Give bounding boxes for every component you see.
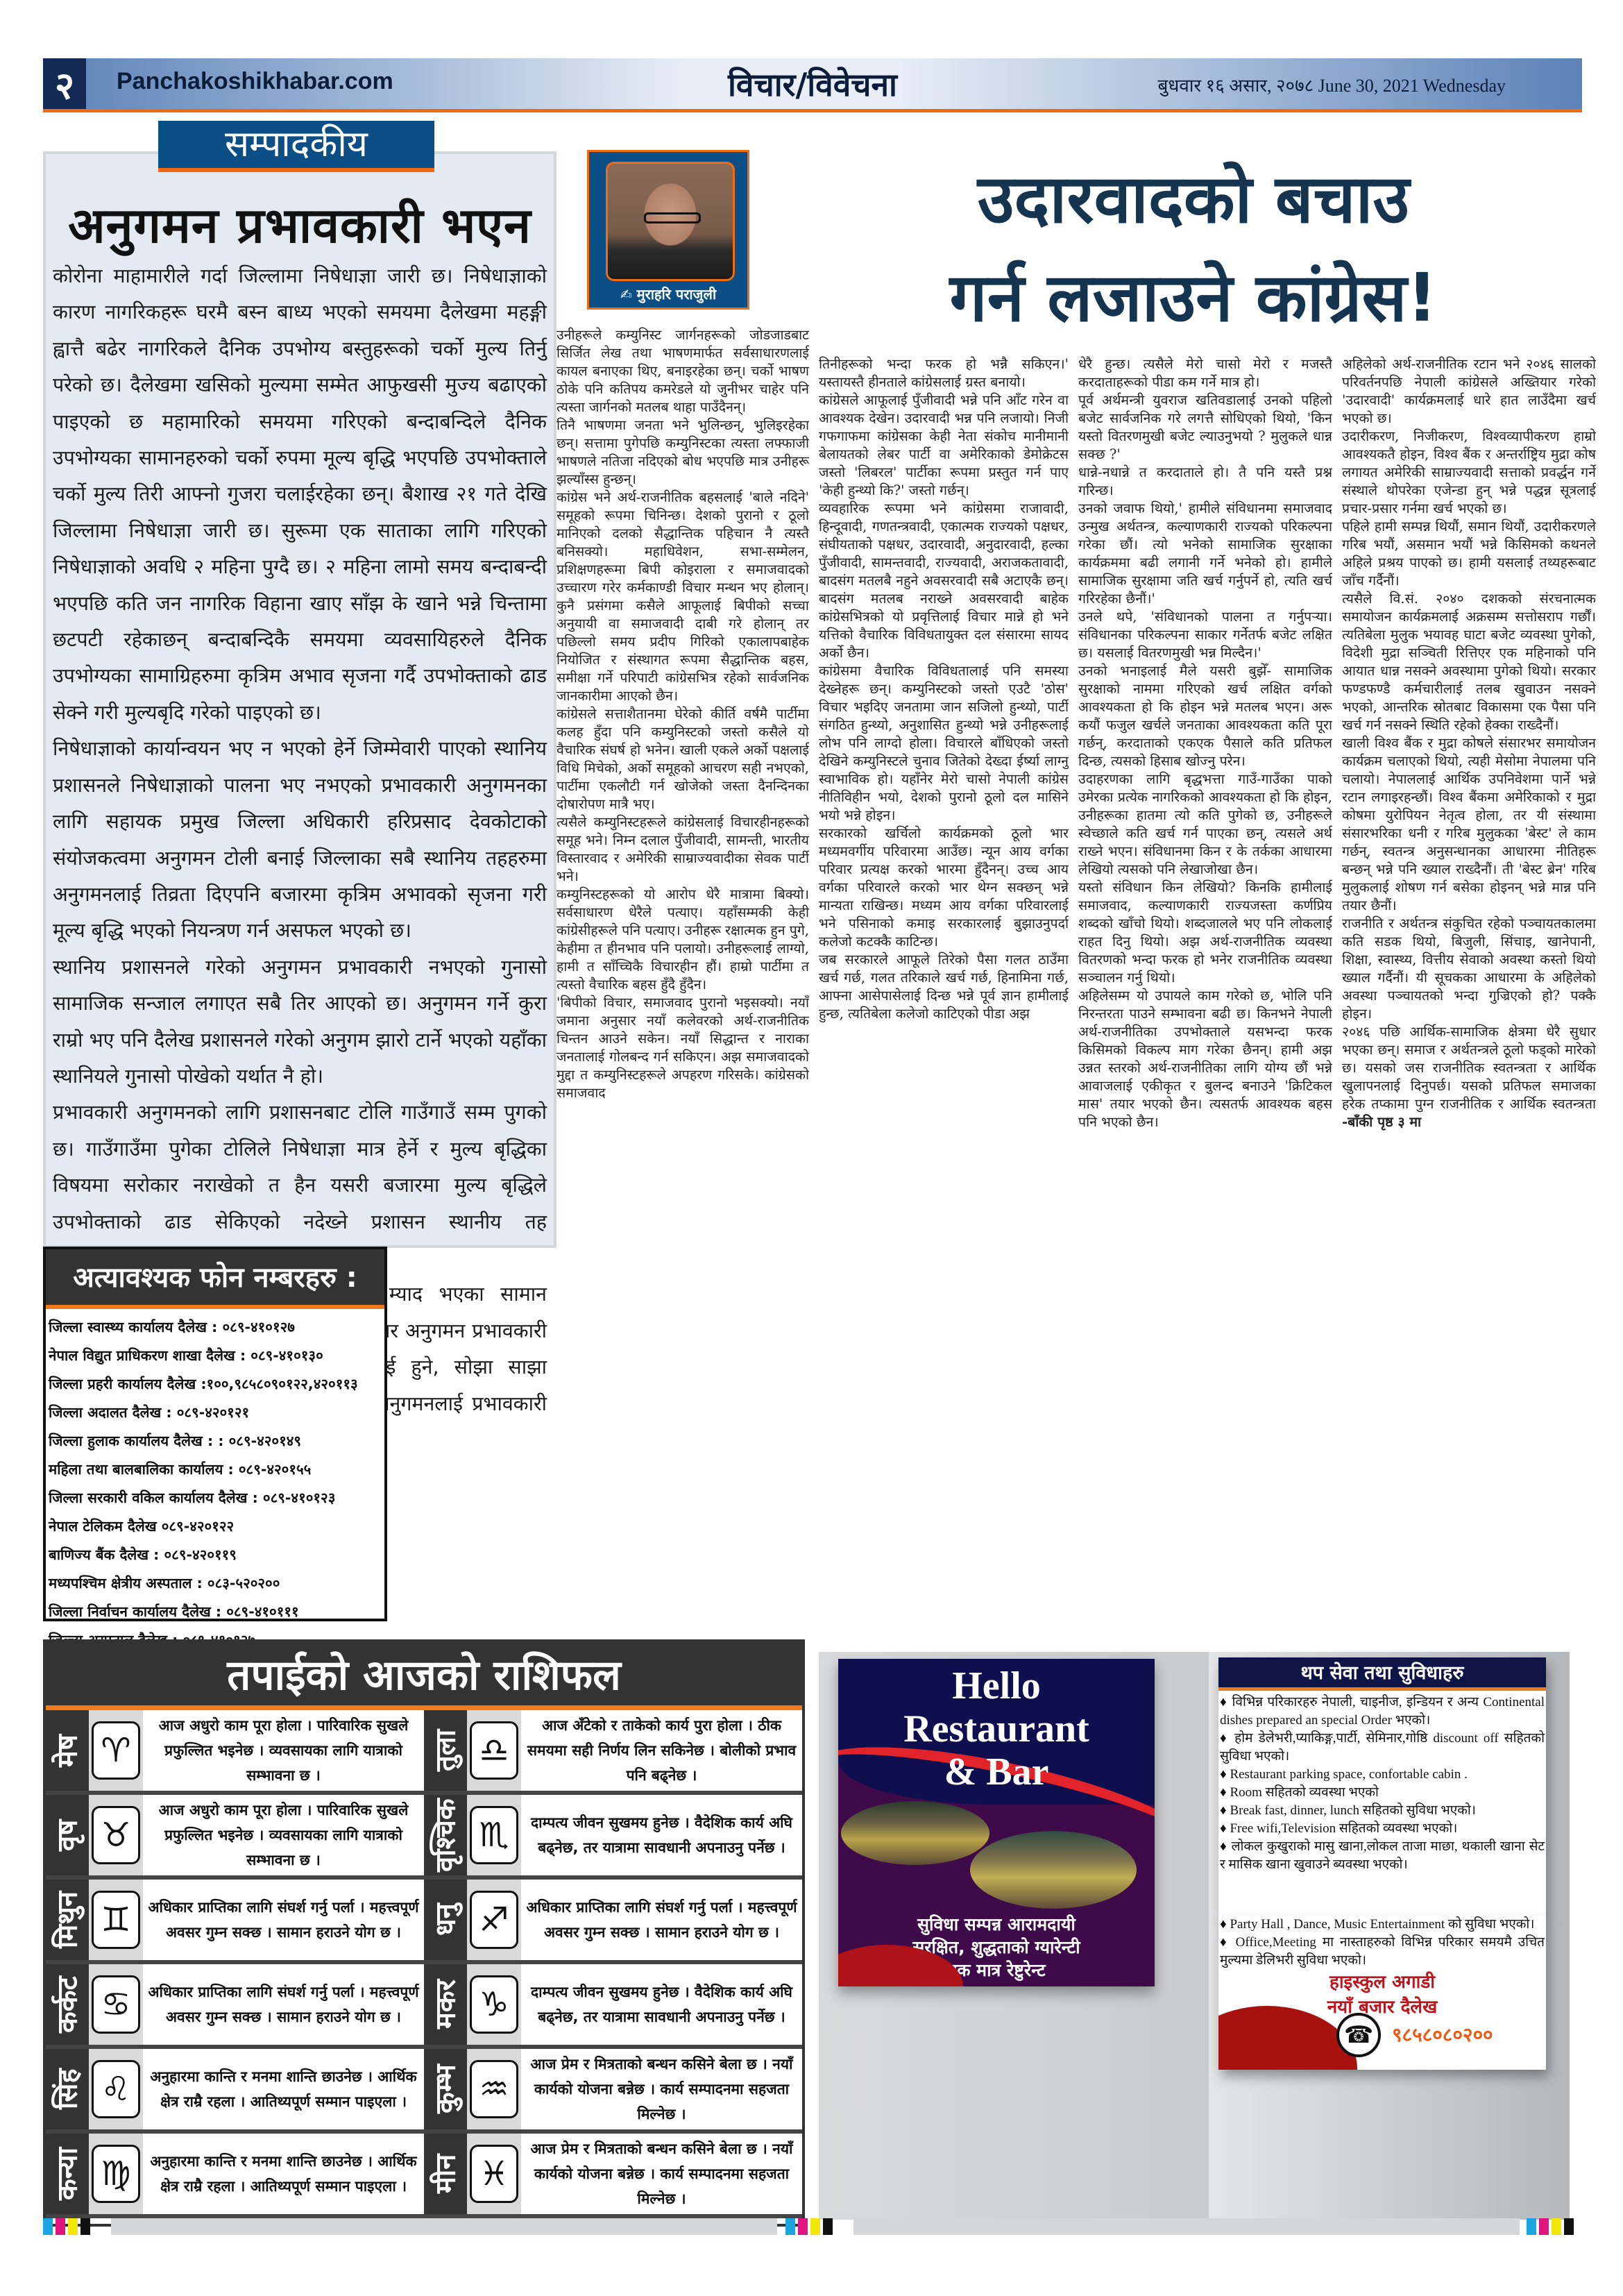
- aries-icon: ♈: [92, 1721, 140, 1780]
- horoscope-item: कुम्भ♒आज प्रेम र मित्रताको बन्धन कसिने ब…: [424, 2049, 802, 2134]
- sign-name: कन्या: [46, 2134, 89, 2214]
- article-paragraph: राजनीति र अर्थतन्त्र संकुचित रहेको पञ्चा…: [1342, 915, 1596, 1023]
- horoscope-item: मिथुन♊अधिकार प्राप्तिका लागि संघर्श गर्न…: [46, 1880, 424, 1964]
- article-paragraph-text: २०४६ पछि आर्थिक-सामाजिक क्षेत्रमा धेरै स…: [1342, 1024, 1596, 1112]
- article-paragraph: २०४६ पछि आर्थिक-सामाजिक क्षेत्रमा धेरै स…: [1342, 1023, 1596, 1131]
- article-paragraph: उनको भनाइलाई मैले यसरी बुझेँ- सामाजिक सु…: [1078, 662, 1332, 770]
- horoscope-item: मीन♓आज प्रेम र मित्रताको बन्धन कसिने बेल…: [424, 2134, 802, 2218]
- phone-directory-title: अत्यावश्यक फोन नम्बरहरु :: [46, 1249, 384, 1309]
- phone-entry: बाणिज्य बैंक दैलेख : ०८९-४२०११९: [49, 1541, 382, 1569]
- article-column-2: तिनीहरूको भन्दा फरक हो भन्नै सकिएन।' यस्…: [819, 355, 1069, 1626]
- services-title: थप सेवा तथा सुविधाहरु: [1218, 1657, 1546, 1691]
- horoscope-item: मेष♈आज अधुरो काम पूरा होला । पारिवारिक स…: [46, 1710, 424, 1795]
- leo-icon: ♌: [92, 2060, 140, 2118]
- services-box: थप सेवा तथा सुविधाहरु ♦ विभिन्न परिकारहर…: [1218, 1657, 1546, 1916]
- article-paragraph: उदाहरणका लागि बृद्धभत्ता गाउँ-गाउँका पाक…: [1078, 770, 1332, 879]
- ad-title-line: & Bar: [838, 1750, 1155, 1793]
- sign-name: कर्कट: [46, 1964, 89, 2045]
- registration-marks: [43, 2218, 90, 2235]
- article-paragraph: कांग्रेसमा वैचारिक विविधतालाई पनि समस्या…: [819, 662, 1069, 825]
- article-paragraph: त्यसैले वि.सं. २०४० दशकको संरचनात्मक समा…: [1342, 590, 1596, 734]
- phone-entry: नेपाल टेलिकम दैलेख ०८९-४२०१२२: [49, 1512, 382, 1541]
- sign-name: वृष: [46, 1795, 89, 1875]
- editorial-box: अनुगमन प्रभावकारी भएन कोरोना माहामारीले …: [43, 151, 556, 1248]
- glasses-shape: [644, 212, 701, 223]
- service-item: ♦ Free wifi,Television सहितको व्यवस्था भ…: [1220, 1820, 1545, 1838]
- horoscope-item: वृश्चिक♏दाम्पत्य जीवन सुखमय हुनेछ । वैदे…: [424, 1795, 802, 1880]
- service-item: ♦ Break fast, dinner, lunch सहितको सुविध…: [1220, 1802, 1545, 1820]
- author-box: ✍ मुराहरि पराजुली: [587, 150, 749, 310]
- phone-directory: अत्यावश्यक फोन नम्बरहरु : जिल्ला स्वास्थ…: [43, 1247, 387, 1621]
- author-photo: [606, 162, 735, 281]
- print-bar: [111, 2218, 777, 2235]
- pisces-icon: ♓: [470, 2145, 518, 2203]
- ad-title: Hello Restaurant & Bar: [838, 1664, 1155, 1793]
- article-paragraph: व्यवहारिक रूपमा भने कांग्रेसमा राजावादी,…: [819, 500, 1069, 662]
- editorial-tag: सम्पादकीय: [158, 121, 434, 172]
- article-paragraph: धेरै हुन्छ। त्यसैले मेरो चासो मेरो र मजस…: [1078, 355, 1332, 391]
- sign-name: सिंह: [46, 2049, 89, 2129]
- phone-entry: जिल्ला हुलाक कार्यालय दैलेख : : ०८९-४२०१…: [49, 1427, 382, 1455]
- address-line: नयाँ बजार दैलेख: [1218, 1995, 1546, 2020]
- sign-name: मीन: [424, 2134, 467, 2214]
- aquarius-icon: ♒: [470, 2060, 518, 2118]
- sign-text: दाम्पत्य जीवन सुखमय हुनेछ । वैदेशिक कार्…: [521, 1964, 802, 2045]
- article-paragraph: सरकारको खर्चिलो कार्यक्रमको ठूलो भार मध्…: [819, 825, 1069, 951]
- article-column-1: उनीहरूले कम्युनिस्ट जार्गनहरूको जोडजाडबा…: [556, 326, 809, 1596]
- article-column-4: अहिलेको अर्थ-राजनीतिक रटान भने २०४६ सालक…: [1342, 355, 1596, 1626]
- article-column-3: धेरै हुन्छ। त्यसैले मेरो चासो मेरो र मजस…: [1078, 355, 1332, 1626]
- dateline: बुधवार १६ असार, २०७८ June 30, 2021 Wedne…: [1158, 72, 1506, 97]
- cancer-icon: ♋: [92, 1975, 140, 2034]
- article-paragraph: अहिलेसम्म यो उपायले काम गरेको छ, भोलि पन…: [1078, 987, 1332, 1131]
- service-item: ♦ Room सहितको व्यवस्था भएको: [1220, 1784, 1545, 1802]
- sign-text: आज अधुरो काम पूरा होला । पारिवारिक सुखले…: [143, 1795, 424, 1875]
- article-paragraph: तिनीहरूको भन्दा फरक हो भन्नै सकिएन।' यस्…: [819, 355, 1069, 391]
- phone-entry: नेपाल विद्युत प्राधिकरण शाखा दैलेख : ०८९…: [49, 1342, 382, 1370]
- continued-link[interactable]: -बाँकी पृष्ठ ३ मा: [1342, 1114, 1421, 1130]
- address-line: हाइस्कुल अगाडी: [1218, 1970, 1546, 1995]
- service-item: ♦ विभिन्न परिकारहरु नेपाली, चाइनीज, इन्ड…: [1220, 1694, 1545, 1730]
- service-item: ♦ Office,Meeting मा नास्ताहरुको विभिन्न …: [1220, 1934, 1545, 1970]
- article-paragraph: धान्ने-नधान्ने त करदाताले हो। तै पनि यस्…: [1078, 464, 1332, 500]
- service-item: ♦ Party Hall , Dance, Music Entertainmen…: [1220, 1916, 1545, 1934]
- sagittarius-icon: ♐: [470, 1891, 518, 1949]
- service-item: ♦ लोकल कुखुराको मासु खाना,लोकल ताजा माछा…: [1220, 1838, 1545, 1874]
- registration-marks: [785, 2218, 833, 2235]
- horoscope-item: धनु♐अधिकार प्राप्तिका लागि संघर्श गर्नु …: [424, 1880, 802, 1964]
- phone-entry: मध्यपश्चिम क्षेत्रीय अस्पताल : ०८३-५२०२०…: [49, 1569, 382, 1598]
- libra-icon: ♎: [470, 1721, 518, 1780]
- article-paragraph: जब सरकारले आफूले तिरेको पैसा गलत ठाउँमा …: [819, 951, 1069, 1023]
- ad-title-line: Restaurant: [838, 1707, 1155, 1750]
- horoscope-item: सिंह♌अनुहारमा कान्ति र मनमा शान्ति छाउने…: [46, 2049, 424, 2134]
- registration-marks: [1527, 2218, 1574, 2235]
- article-paragraph: कम्युनिस्टहरूको यो आरोप धेरै मात्रामा बि…: [556, 886, 809, 994]
- headline-line-1: उदारवादको बचाउ: [791, 150, 1596, 248]
- phone-entry: जिल्ला अदालत दैलेख : ०८९-४२०१२१: [49, 1399, 382, 1427]
- horoscope-item: कन्या♍अनुहारमा कान्ति र मनमा शान्ति छाउन…: [46, 2134, 424, 2218]
- page-header: २ Panchakoshikhabar.com विचार/विवेचना बु…: [43, 58, 1582, 112]
- horoscope-item: मकर♑दाम्पत्य जीवन सुखमय हुनेछ । वैदेशिक …: [424, 1964, 802, 2049]
- contact-phone[interactable]: ९८५८०८०२००: [1392, 2021, 1493, 2048]
- article-paragraph: कांग्रेसले सत्ताशैतानमा घेरेको कीर्ति वर…: [556, 705, 809, 813]
- horoscope-item: कर्कट♋अधिकार प्राप्तिका लागि संघर्श गर्न…: [46, 1964, 424, 2049]
- article-paragraph: खाली विश्व बैंक र मुद्रा कोषले संसारभर स…: [1342, 734, 1596, 915]
- sign-text: अधिकार प्राप्तिका लागि संघर्श गर्नु पर्ल…: [521, 1880, 802, 1960]
- sign-text: अधिकार प्राप्तिका लागि संघर्श गर्नु पर्ल…: [143, 1964, 424, 2045]
- article-paragraph: उनको जवाफ थियो,' हामीले संविधानमा समाजवा…: [1078, 500, 1332, 608]
- horoscope-item: वृष♉आज अधुरो काम पूरा होला । पारिवारिक स…: [46, 1795, 424, 1880]
- phone-entry: जिल्ला स्वास्थ्य कार्यालय दैलेख : ०८९-४१…: [49, 1313, 382, 1342]
- article-paragraph: उदारीकरण, निजीकरण, विश्वव्यापीकरण हाम्रो…: [1342, 428, 1596, 518]
- article-paragraph: कांग्रेसले आफूलाई पुँजीवादी भन्ने पनि आँ…: [819, 391, 1069, 500]
- services-contact: ♦ Party Hall , Dance, Music Entertainmen…: [1218, 1916, 1546, 2070]
- article-paragraph: 'बिपीको विचार, समाजवाद पुरानो भइसक्यो। न…: [556, 994, 809, 1102]
- taurus-icon: ♉: [92, 1806, 140, 1864]
- article-paragraph: उनीहरूले कम्युनिस्ट जार्गनहरूको जोडजाडबा…: [556, 326, 809, 416]
- article-paragraph: पूर्व अर्थमन्त्री युवराज खतिवडालाई उनको …: [1078, 391, 1332, 464]
- article-paragraph: अहिलेको अर्थ-राजनीतिक रटान भने २०४६ सालक…: [1342, 355, 1596, 428]
- editorial-paragraph: कोरोना माहामारीले गर्दा जिल्लामा निषेधाज…: [53, 258, 547, 731]
- sign-text: दाम्पत्य जीवन सुखमय हुनेछ । वैदेशिक कार्…: [521, 1795, 802, 1875]
- phone-entry: जिल्ला निर्वाचन कार्यालय दैलेख : ०८९-४१०…: [49, 1598, 382, 1626]
- author-name: ✍ मुराहरि पराजुली: [589, 285, 747, 303]
- sign-text: अधिकार प्राप्तिका लागि संघर्श गर्नु पर्ल…: [143, 1880, 424, 1960]
- horoscope-item: तुला♎आज अँटेको र ताकेको कार्य पुरा होला …: [424, 1710, 802, 1795]
- sign-name: वृश्चिक: [424, 1795, 467, 1875]
- scorpio-icon: ♏: [470, 1806, 518, 1864]
- sign-name: मेष: [46, 1710, 89, 1791]
- sign-text: आज प्रेम र मित्रताको बन्धन कसिने बेला छ …: [521, 2049, 802, 2129]
- horoscope-box: तपाईको आजको राशिफल मेष♈आज अधुरो काम पूरा…: [43, 1639, 805, 2227]
- headline-line-2: गर्न लजाउने कांग्रेस!: [791, 248, 1596, 347]
- phone-entry: जिल्ला सरकारी वकिल कार्यालय दैलेख : ०८९-…: [49, 1484, 382, 1512]
- print-bar: [853, 2218, 1520, 2235]
- editorial-paragraph: निषेधाज्ञाको कार्यान्वयन भए न भएको हेर्न…: [53, 731, 547, 949]
- article-paragraph: पहिले हामी सम्पन्न थियौं, समान थियौं, उद…: [1342, 518, 1596, 590]
- horoscope-title: तपाईको आजको राशिफल: [46, 1642, 802, 1710]
- ad-title-line: Hello: [838, 1664, 1155, 1707]
- editorial-paragraph: स्थानिय प्रशासनले गरेको अनुगमन प्रभावकार…: [53, 949, 547, 1095]
- sign-text: अनुहारमा कान्ति र मनमा शान्ति छाउनेछ । आ…: [143, 2134, 424, 2214]
- restaurant-ad[interactable]: Hello Restaurant & Bar सुविधा सम्पन्न आर…: [838, 1659, 1155, 1986]
- article-paragraph: यस्तो संविधान किन लेखियो? किनकि हामीलाई …: [1078, 879, 1332, 987]
- sign-name: तुला: [424, 1710, 467, 1791]
- article-paragraph: उनले थपे, 'संविधानको पालना त गर्नुपर्‍या…: [1078, 608, 1332, 662]
- virgo-icon: ♍: [92, 2145, 140, 2203]
- capricorn-icon: ♑: [470, 1975, 518, 2034]
- author-name-text: मुराहरि पराजुली: [637, 286, 717, 303]
- restaurant-photo: [841, 1801, 989, 1865]
- service-item: ♦ होम डेलेभरी,प्याकिङ्ग,पार्टी, सेमिनार,…: [1220, 1730, 1545, 1766]
- phone-icon: ☎: [1336, 2013, 1381, 2057]
- sign-name: मकर: [424, 1964, 467, 2045]
- sign-name: मिथुन: [46, 1880, 89, 1960]
- restaurant-photo: [970, 1831, 1137, 1909]
- ad-tagline-line: सुविधा सम्पन्न आरामदायी: [838, 1913, 1155, 1936]
- sign-name: कुम्भ: [424, 2049, 467, 2129]
- article-paragraph: तिनै भाषणमा जनता भने भुलिन्छन्, भुलिइरहे…: [556, 416, 809, 489]
- sign-text: आज प्रेम र मित्रताको बन्धन कसिने बेला छ …: [521, 2134, 802, 2214]
- address: हाइस्कुल अगाडी नयाँ बजार दैलेख: [1218, 1970, 1546, 2020]
- phone-entry: जिल्ला प्रहरी कार्यालय दैलेख :१००,९८५८०९…: [49, 1370, 382, 1399]
- editorial-title: अनुगमन प्रभावकारी भएन: [46, 190, 554, 257]
- article-paragraph: कांग्रेस भने अर्थ-राजनीतिक बहसलाई 'बाले …: [556, 489, 809, 705]
- sign-text: आज अधुरो काम पूरा होला । पारिवारिक सुखले…: [143, 1710, 424, 1791]
- gemini-icon: ♊: [92, 1891, 140, 1949]
- sign-text: आज अँटेको र ताकेको कार्य पुरा होला । ठीक…: [521, 1710, 802, 1791]
- service-item: ♦ Restaurant parking space, confortable …: [1220, 1766, 1545, 1784]
- sign-name: धनु: [424, 1880, 467, 1960]
- phone-entry: महिला तथा बालबालिका कार्यालय : ०८९-४२०१५…: [49, 1455, 382, 1484]
- article-paragraph: त्यसैले कम्युनिस्टहरूले कांग्रेसलाई विचा…: [556, 813, 809, 886]
- sign-text: अनुहारमा कान्ति र मनमा शान्ति छाउनेछ । आ…: [143, 2049, 424, 2129]
- article-headline: उदारवादको बचाउ गर्न लजाउने कांग्रेस!: [791, 150, 1596, 347]
